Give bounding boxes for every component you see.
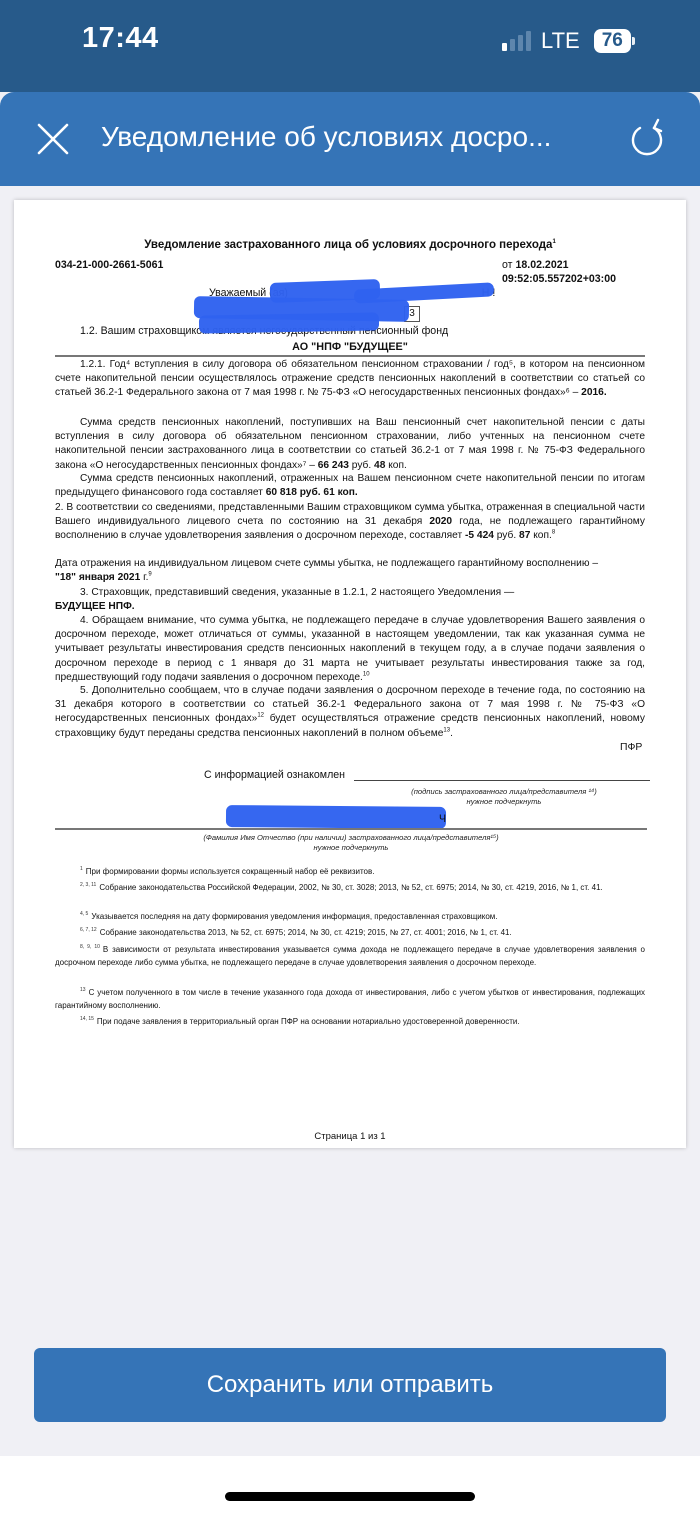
redaction-mark xyxy=(226,805,446,829)
viewer-header: Уведомление об условиях досро... xyxy=(0,92,700,186)
footnote: 8, 9, 10В зависимости от результата инве… xyxy=(55,943,645,969)
cellular-signal-icon xyxy=(502,31,531,51)
battery-icon: 76 xyxy=(594,29,635,53)
home-indicator[interactable] xyxy=(225,1492,475,1501)
close-icon xyxy=(36,122,70,156)
paragraph-5: 5. Дополнительно сообщаем, что в случае … xyxy=(55,684,645,741)
name-line xyxy=(55,828,647,830)
bottom-safe-area xyxy=(0,1456,700,1514)
paragraph-sum-received: Сумма средств пенсионных накоплений, пос… xyxy=(55,416,645,473)
status-bar: 17:44 LTE 76 xyxy=(0,0,700,92)
footnote: 6, 7, 12Собрание законодательства 2013, … xyxy=(55,926,645,939)
notice-date: от 18.02.2021 09:52:05.557202+03:00 xyxy=(502,258,616,286)
paragraph-loss-date: Дата отражения на индивидуальном лицевом… xyxy=(55,557,645,585)
fund-name: АО "НПФ "БУДУЩЕЕ" xyxy=(14,340,686,354)
notice-number: 034-21-000-2661-5061 xyxy=(55,258,163,272)
status-indicators: LTE 76 xyxy=(502,28,635,54)
redaction-mark xyxy=(199,312,379,333)
battery-level: 76 xyxy=(594,29,631,53)
footnote: 4, 5Указывается последняя на дату формир… xyxy=(55,910,645,923)
paragraph-3: 3. Страховщик, представивший сведения, у… xyxy=(55,586,645,614)
document-page: Уведомление застрахованного лица об усло… xyxy=(14,200,686,1148)
footnote: 1При формировании формы используется сок… xyxy=(55,865,645,878)
paragraph-1-2-1: 1.2.1. Год⁴ вступления в силу договора о… xyxy=(55,358,645,401)
name-hint: (Фамилия Имя Отчество (при наличии) заст… xyxy=(55,833,647,853)
acknowledged-label: С информацией ознакомлен xyxy=(204,768,345,782)
status-time: 17:44 xyxy=(82,22,159,55)
paragraph-4: 4. Обращаем внимание, что сумма убытка, … xyxy=(55,614,645,685)
paragraph-sum-prev-year: Сумма средств пенсионных накоплений, отр… xyxy=(55,472,645,500)
page-indicator: Страница 1 из 1 xyxy=(14,1130,686,1144)
footnote: 14, 15При подаче заявления в территориал… xyxy=(55,1015,645,1028)
issuer: ПФР xyxy=(620,741,642,755)
footnote: 2, 3, 11Собрание законодательства Россий… xyxy=(55,881,645,894)
document-title: Уведомление об условиях досро... xyxy=(101,121,551,153)
close-button[interactable] xyxy=(36,122,70,156)
refresh-button[interactable] xyxy=(628,116,666,158)
refresh-icon xyxy=(628,116,666,158)
name-suffix: Ч xyxy=(439,812,446,826)
save-or-send-button[interactable]: Сохранить или отправить xyxy=(34,1348,666,1422)
signature-hint: (подпись застрахованного лица/представит… xyxy=(354,787,654,807)
network-type: LTE xyxy=(541,28,580,54)
footnote: 13С учетом полученного в том числе в теч… xyxy=(55,986,645,1012)
paragraph-2: 2. В соответствии со сведениями, предста… xyxy=(55,501,645,544)
signature-line xyxy=(354,780,650,781)
divider xyxy=(55,355,645,357)
notice-title: Уведомление застрахованного лица об усло… xyxy=(14,238,686,252)
document-viewer[interactable]: Уведомление застрахованного лица об усло… xyxy=(0,186,700,1456)
